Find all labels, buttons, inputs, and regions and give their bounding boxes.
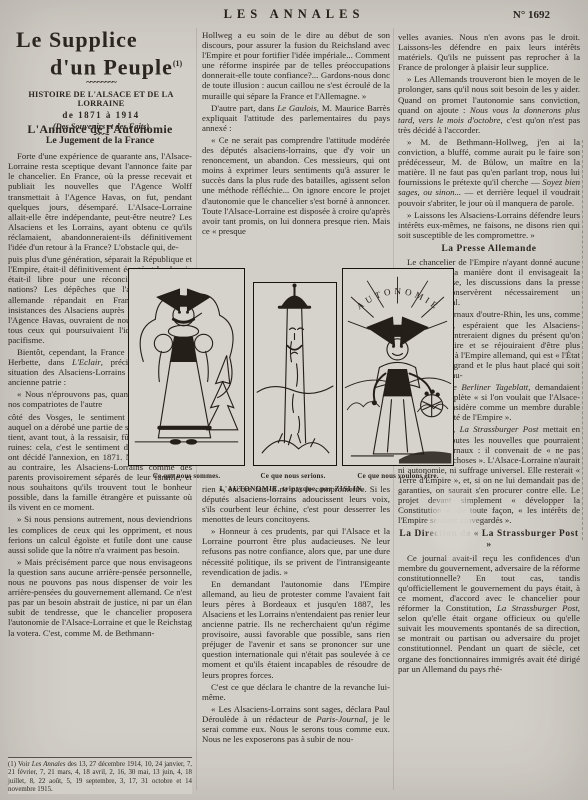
- article-subtitle-1: HISTOIRE DE L'ALSACE ET DE LA LORRAINE: [8, 90, 194, 108]
- triptych-panel-2: [253, 282, 337, 466]
- masthead-title: LES ANNALES: [0, 7, 588, 22]
- paragraph: » M. de Bethmann-Hollweg, j'en ai la con…: [398, 137, 580, 208]
- magazine-page: LES ANNALES N° 1692 Le Supplice d'un Peu…: [0, 0, 588, 800]
- svg-text:AUTONOMIE: AUTONOMIE: [355, 286, 443, 313]
- rays-word: AUTONOMIE: [355, 286, 443, 313]
- triptych-panel-3: AUTONOMIE: [342, 268, 454, 466]
- paragraph: Forte d'une expérience de quarante ans, …: [8, 151, 192, 252]
- footnote: (1) Voir Les Annales des 13, 27 décembre…: [8, 757, 192, 794]
- paragraph: velles avanies. Nous n'en avons pas le d…: [398, 32, 580, 72]
- article-title-line2-text: d'un Peuple: [50, 54, 173, 79]
- paragraph: Ce journal avait-il reçu les confidences…: [398, 553, 580, 674]
- article-subtitle-2: de 1871 à 1914: [8, 110, 194, 120]
- paragraph: » Mais précisément parce que nous envisa…: [8, 557, 192, 638]
- paragraph: « Ce ne serait pas comprendre l'attitude…: [202, 135, 390, 236]
- paragraph: En demandant l'autonomie dans l'Empire a…: [202, 579, 390, 680]
- free-alsatian-woman-illustration: AUTONOMIE: [343, 269, 453, 465]
- paragraph: » Les Allemands trouveront bien le moyen…: [398, 74, 580, 135]
- post-with-pickelhaube-illustration: [254, 283, 336, 465]
- article-title-line2: d'un Peuple(1): [50, 52, 194, 79]
- triptych-caption-3: Ce que nous voulons être.: [340, 472, 456, 480]
- paragraph: » Si nous pensions autrement, nous devie…: [8, 514, 192, 554]
- article-title-line1: Le Supplice: [16, 28, 194, 52]
- paragraph: D'autre part, dans Le Gaulois, M. Mauric…: [202, 103, 390, 133]
- section-heading: La Presse Allemande: [398, 244, 580, 254]
- triptych-credit: L'AUTONOMIE, triptyque, par ZISLIN.: [128, 485, 456, 493]
- paragraph: « Les Alsaciens-Lorrains sont sages, déc…: [202, 704, 390, 744]
- triptych-caption-2: Ce que nous serions.: [240, 472, 346, 480]
- paragraph: Hollweg a eu soin de le dire au début de…: [202, 30, 390, 101]
- paragraph: C'est ce que déclara le chantre de la re…: [202, 682, 390, 702]
- section-subheading: Le Jugement de la France: [8, 136, 192, 146]
- triptych-illustration: AUTONOMIE: [128, 262, 456, 500]
- scan-stain: [424, 486, 482, 564]
- paragraph: » Honneur à ces prudents, par qui l'Alsa…: [202, 526, 390, 576]
- ornament-squiggle: ~~~~~~~~: [8, 79, 194, 86]
- gagged-alsatian-woman-illustration: [129, 269, 244, 465]
- section-heading: L'Annonce de l'Autonomie: [8, 124, 192, 134]
- issue-number: N° 1692: [513, 9, 550, 21]
- triptych-caption-1: Ce que nous sommes.: [128, 472, 245, 480]
- page-edge-mark: [582, 140, 583, 540]
- paragraph: » Laissons les Alsaciens-Lorrains défend…: [398, 210, 580, 240]
- footnote-ref: (1): [173, 59, 182, 68]
- triptych-panel-1: [128, 268, 245, 466]
